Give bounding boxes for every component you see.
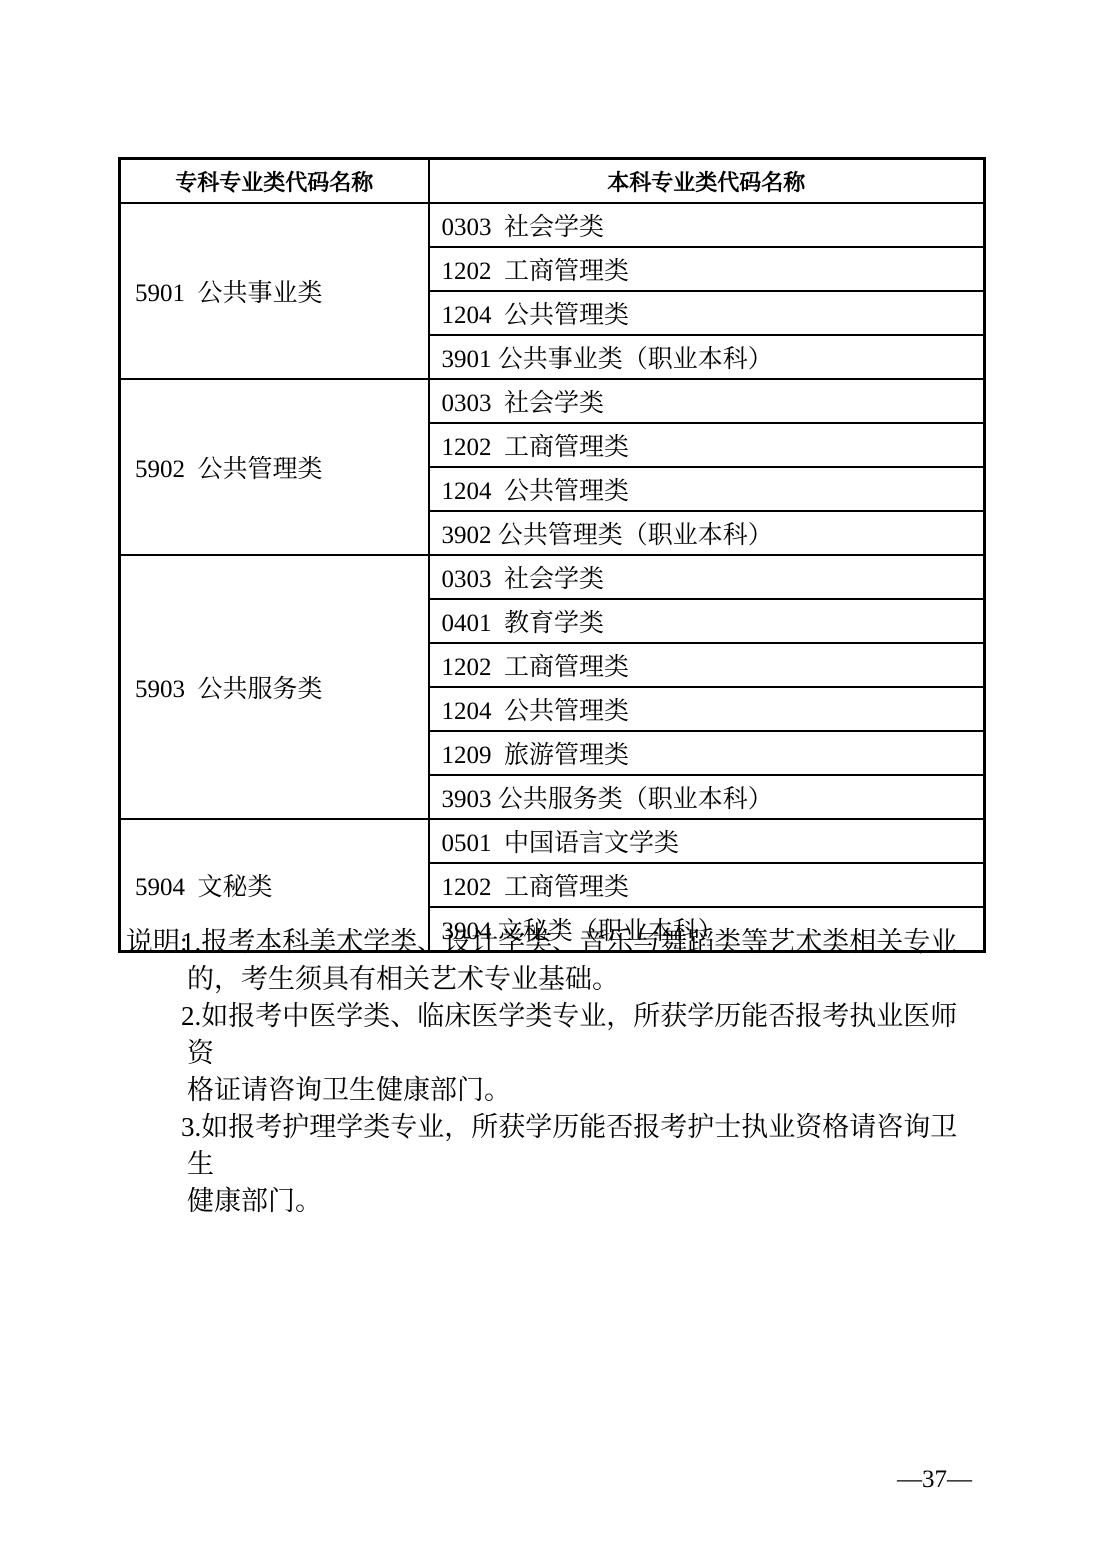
note-number: 3.: [181, 1112, 201, 1142]
note-line: 格证请咨询卫生健康部门。: [187, 1075, 511, 1105]
page-number: —37—: [897, 1466, 972, 1494]
benke-item-cell: 0501 中国语言文学类: [429, 819, 985, 863]
benke-item-cell: 1204 公共管理类: [429, 291, 985, 335]
table-header-row: 专科专业类代码名称 本科专业类代码名称: [120, 159, 985, 204]
notes-section: 说明: 1.报考本科美术学类、设计学类、音乐与舞蹈类等艺术类相关专业的，考生须具…: [126, 924, 982, 1220]
table-body: 5901 公共事业类0303 社会学类1202 工商管理类1204 公共管理类3…: [120, 203, 985, 952]
benke-item-cell: 1204 公共管理类: [429, 687, 985, 731]
benke-item-cell: 3901 公共事业类（职业本科）: [429, 335, 985, 379]
notes-label: 说明:: [126, 924, 188, 961]
note-line: 健康部门。: [187, 1186, 322, 1216]
group-code-cell: 5901 公共事业类: [120, 203, 429, 379]
header-zhuanke-codes: 专科专业类代码名称: [120, 159, 429, 204]
table-row: 5903 公共服务类0303 社会学类: [120, 555, 985, 599]
benke-item-cell: 0401 教育学类: [429, 599, 985, 643]
benke-item-cell: 0303 社会学类: [429, 555, 985, 599]
group-code-cell: 5902 公共管理类: [120, 379, 429, 555]
header-benke-codes: 本科专业类代码名称: [429, 159, 985, 204]
table-row: 5902 公共管理类0303 社会学类: [120, 379, 985, 423]
document-page: 专科专业类代码名称 本科专业类代码名称 5901 公共事业类0303 社会学类1…: [0, 0, 1102, 1559]
benke-item-cell: 1202 工商管理类: [429, 247, 985, 291]
note-line: 如报考护理学类专业，所获学历能否报考护士执业资格请咨询卫生: [187, 1112, 957, 1179]
benke-item-cell: 1209 旅游管理类: [429, 731, 985, 775]
benke-item-cell: 0303 社会学类: [429, 379, 985, 423]
group-code-cell: 5903 公共服务类: [120, 555, 429, 819]
note-line: 如报考中医学类、临床医学类专业，所获学历能否报考执业医师资: [187, 1001, 957, 1068]
note-line: 报考本科美术学类、设计学类、音乐与舞蹈类等艺术类相关专业: [201, 927, 957, 957]
notes-items: 1.报考本科美术学类、设计学类、音乐与舞蹈类等艺术类相关专业的，考生须具有相关艺…: [181, 924, 982, 1220]
benke-item-cell: 3903 公共服务类（职业本科）: [429, 775, 985, 819]
note-number: 2.: [181, 1001, 201, 1031]
table-row: 5901 公共事业类0303 社会学类: [120, 203, 985, 247]
benke-item-cell: 1202 工商管理类: [429, 863, 985, 907]
benke-item-cell: 0303 社会学类: [429, 203, 985, 247]
note-item: 3.如报考护理学类专业，所获学历能否报考护士执业资格请咨询卫生健康部门。: [181, 1109, 982, 1220]
table-row: 5904 文秘类0501 中国语言文学类: [120, 819, 985, 863]
benke-item-cell: 1204 公共管理类: [429, 467, 985, 511]
note-line: 的，考生须具有相关艺术专业基础。: [187, 964, 619, 994]
benke-item-cell: 1202 工商管理类: [429, 423, 985, 467]
benke-item-cell: 3902 公共管理类（职业本科）: [429, 511, 985, 555]
benke-item-cell: 1202 工商管理类: [429, 643, 985, 687]
note-item: 2.如报考中医学类、临床医学类专业，所获学历能否报考执业医师资格证请咨询卫生健康…: [181, 998, 982, 1109]
majors-table: 专科专业类代码名称 本科专业类代码名称 5901 公共事业类0303 社会学类1…: [118, 157, 986, 953]
note-item: 1.报考本科美术学类、设计学类、音乐与舞蹈类等艺术类相关专业的，考生须具有相关艺…: [181, 924, 982, 998]
